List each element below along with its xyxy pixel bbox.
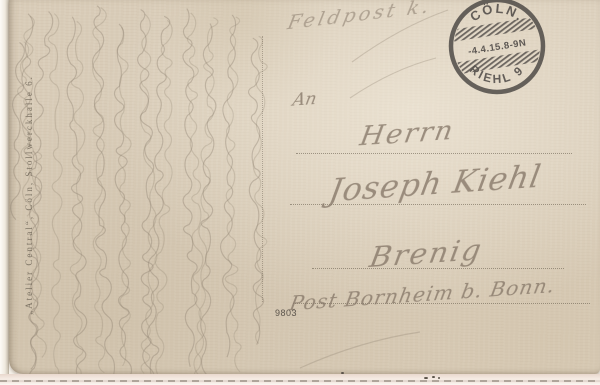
scan-bottom-edge — [0, 380, 600, 382]
ink-speck — [438, 377, 440, 379]
address-message-divider-line — [262, 36, 263, 302]
ink-speck — [424, 377, 428, 379]
scanner-edge-strip — [0, 0, 9, 385]
postmark-date-band: -4.4.15.8-9N — [450, 16, 544, 74]
handwritten-salutation: An — [291, 89, 318, 111]
postmark-stamp: CÖLN. RIEHL 9 -4.4.15.8-9N — [445, 0, 549, 98]
ink-speck — [432, 376, 435, 378]
address-rule-1 — [296, 153, 572, 154]
scanned-postcard-back: „Atelier Central“, Cöln, Stollwerckhalle… — [0, 0, 600, 385]
serial-number: 9803 — [275, 308, 297, 318]
printer-imprint-vertical-text: „Atelier Central“, Cöln, Stollwerckhalle… — [24, 50, 34, 340]
postcard-paper: „Atelier Central“, Cöln, Stollwerckhalle… — [9, 0, 600, 374]
ink-speck — [341, 372, 344, 374]
